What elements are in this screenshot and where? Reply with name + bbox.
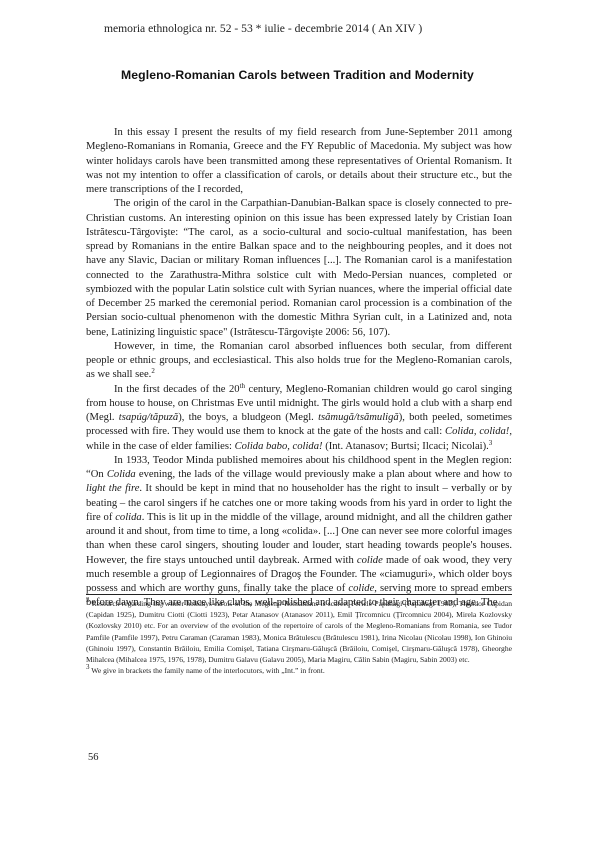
paragraph: In the first decades of the 20th century… — [86, 383, 512, 454]
italic-term: Colida babo, colida! — [235, 441, 323, 452]
footnote-ref[interactable]: th — [240, 382, 245, 390]
footnote-ref[interactable]: 3 — [489, 439, 493, 447]
paragraph: In 1933, Teodor Minda published memoires… — [86, 454, 512, 611]
footnote-ref[interactable]: 2 — [151, 367, 155, 375]
footnote: 2 Research regarding the winter holidays… — [86, 598, 512, 665]
article-body: In this essay I present the results of m… — [86, 126, 512, 611]
italic-term: Colida — [107, 469, 136, 480]
article-title: Megleno-Romanian Carols between Traditio… — [0, 68, 595, 82]
paragraph: The origin of the carol in the Carpathia… — [86, 197, 512, 340]
italic-term: colida — [115, 512, 141, 523]
footnote-number: 2 — [86, 596, 90, 604]
footnotes: 2 Research regarding the winter holidays… — [86, 598, 512, 676]
italic-term: colide — [348, 583, 374, 594]
page-number: 56 — [88, 752, 99, 763]
paragraph: In this essay I present the results of m… — [86, 126, 512, 197]
italic-term: tsapúg/tăpuză — [119, 412, 178, 423]
footnote-divider — [86, 594, 512, 595]
italic-term: tsămugă/tsămuligă — [318, 412, 399, 423]
italic-term: light the fire — [86, 483, 139, 494]
italic-term: colide — [357, 555, 383, 566]
paragraph: However, in time, the Romanian carol abs… — [86, 340, 512, 383]
footnote: 3 We give in brackets the family name of… — [86, 665, 512, 676]
italic-term: Colida, colida! — [445, 426, 509, 437]
running-head: memoria ethnologica nr. 52 - 53 * iulie … — [104, 22, 422, 35]
footnote-number: 3 — [86, 663, 90, 671]
